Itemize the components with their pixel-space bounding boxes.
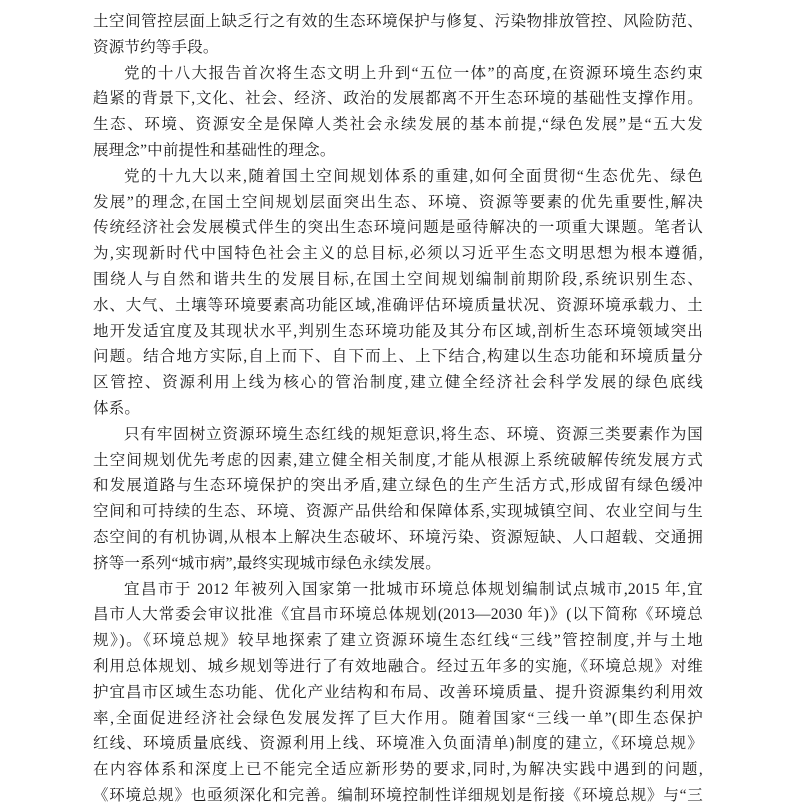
- text-line: 昌市人大常委会审议批准《宜昌市环境总体规划(2013—2030 年)》(以下简称…: [93, 602, 703, 628]
- text-line: 护宜昌市区域生态功能、优化产业结构和布局、改善环境质量、提升资源集约利用效: [93, 680, 703, 706]
- text-line: 趋紧的背景下,文化、社会、经济、政治的发展都离不开生态环境的基础性支撑作用。: [93, 86, 703, 112]
- text-line: 地开发适宜度及其现状水平,判别生态环境功能及其分布区域,剖析生态环境领域突出: [93, 319, 703, 345]
- paragraph: 党的十八大报告首次将生态文明上升到“五位一体”的高度,在资源环境生态约束趋紧的背…: [93, 61, 703, 164]
- text-line: 只有牢固树立资源环境生态红线的规矩意识,将生态、环境、资源三类要素作为国: [93, 422, 703, 448]
- document-page: 土空间管控层面上缺乏行之有效的生态环境保护与修复、污染物排放管控、风险防范、资源…: [0, 0, 790, 803]
- text-line: 生态、环境、资源安全是保障人类社会永续发展的基本前提,“绿色发展”是“五大发: [93, 112, 703, 138]
- text-line: 展理念”中前提性和基础性的理念。: [93, 138, 703, 164]
- text-line: 水、大气、土壤等环境要素高功能区域,准确评估环境质量状况、资源环境承载力、土: [93, 293, 703, 319]
- text-line: 规》)。《环境总规》较早地探索了建立资源环境生态红线“三线”管控制度,并与土地: [93, 628, 703, 654]
- text-line: 利用总体规划、城乡规划等进行了有效地融合。经过五年多的实施,《环境总规》对维: [93, 654, 703, 680]
- text-line: 为,实现新时代中国特色社会主义的总目标,必须以习近平生态文明思想为根本遵循,: [93, 241, 703, 267]
- text-line: 体系。: [93, 396, 703, 422]
- text-line: 问题。结合地方实际,自上而下、自下而上、上下结合,构建以生态功能和环境质量分: [93, 344, 703, 370]
- text-line: 挤等一系列“城市病”,最终实现城市绿色永续发展。: [93, 551, 703, 577]
- text-line: 资源节约等手段。: [93, 35, 703, 61]
- text-line: 在内容体系和深度上已不能完全适应新形势的要求,同时,为解决实践中遇到的问题,: [93, 757, 703, 783]
- text-line: 率,全面促进经济社会绿色发展发挥了巨大作用。随着国家“三线一单”(即生态保护: [93, 706, 703, 732]
- text-line: 空间和可持续的生态、环境、资源产品供给和保障体系,实现城镇空间、农业空间与生: [93, 499, 703, 525]
- paragraph: 宜昌市于 2012 年被列入国家第一批城市环境总体规划编制试点城市,2015 年…: [93, 577, 703, 803]
- text-line: 发展”的理念,在国土空间规划层面突出生态、环境、资源等要素的优先重要性,解决: [93, 190, 703, 216]
- text-line: 《环境总规》也亟须深化和完善。编制环境控制性详细规划是衔接《环境总规》与“三: [93, 783, 703, 803]
- body-text: 土空间管控层面上缺乏行之有效的生态环境保护与修复、污染物排放管控、风险防范、资源…: [93, 9, 703, 803]
- text-line: 党的十八大报告首次将生态文明上升到“五位一体”的高度,在资源环境生态约束: [93, 61, 703, 87]
- text-line: 态空间的有机协调,从根本上解决生态破坏、环境污染、资源短缺、人口超载、交通拥: [93, 525, 703, 551]
- text-line: 党的十九大以来,随着国土空间规划体系的重建,如何全面贯彻“生态优先、绿色: [93, 164, 703, 190]
- text-line: 红线、环境质量底线、资源利用上线、环境准入负面清单)制度的建立,《环境总规》: [93, 731, 703, 757]
- text-line: 宜昌市于 2012 年被列入国家第一批城市环境总体规划编制试点城市,2015 年…: [93, 577, 703, 603]
- text-line: 土空间管控层面上缺乏行之有效的生态环境保护与修复、污染物排放管控、风险防范、: [93, 9, 703, 35]
- paragraph: 土空间管控层面上缺乏行之有效的生态环境保护与修复、污染物排放管控、风险防范、资源…: [93, 9, 703, 61]
- text-line: 和发展道路与生态环境保护的突出矛盾,建立绿色的生产生活方式,形成留有绿色缓冲: [93, 473, 703, 499]
- text-line: 传统经济社会发展模式伴生的突出生态环境问题是亟待解决的一项重大课题。笔者认: [93, 215, 703, 241]
- text-line: 土空间规划优先考虑的因素,建立健全相关制度,才能从根源上系统破解传统发展方式: [93, 448, 703, 474]
- paragraph: 党的十九大以来,随着国土空间规划体系的重建,如何全面贯彻“生态优先、绿色发展”的…: [93, 164, 703, 422]
- text-line: 区管控、资源利用上线为核心的管治制度,建立健全经济社会科学发展的绿色底线: [93, 370, 703, 396]
- paragraph: 只有牢固树立资源环境生态红线的规矩意识,将生态、环境、资源三类要素作为国土空间规…: [93, 422, 703, 577]
- text-line: 围绕人与自然和谐共生的发展目标,在国土空间规划编制前期阶段,系统识别生态、: [93, 267, 703, 293]
